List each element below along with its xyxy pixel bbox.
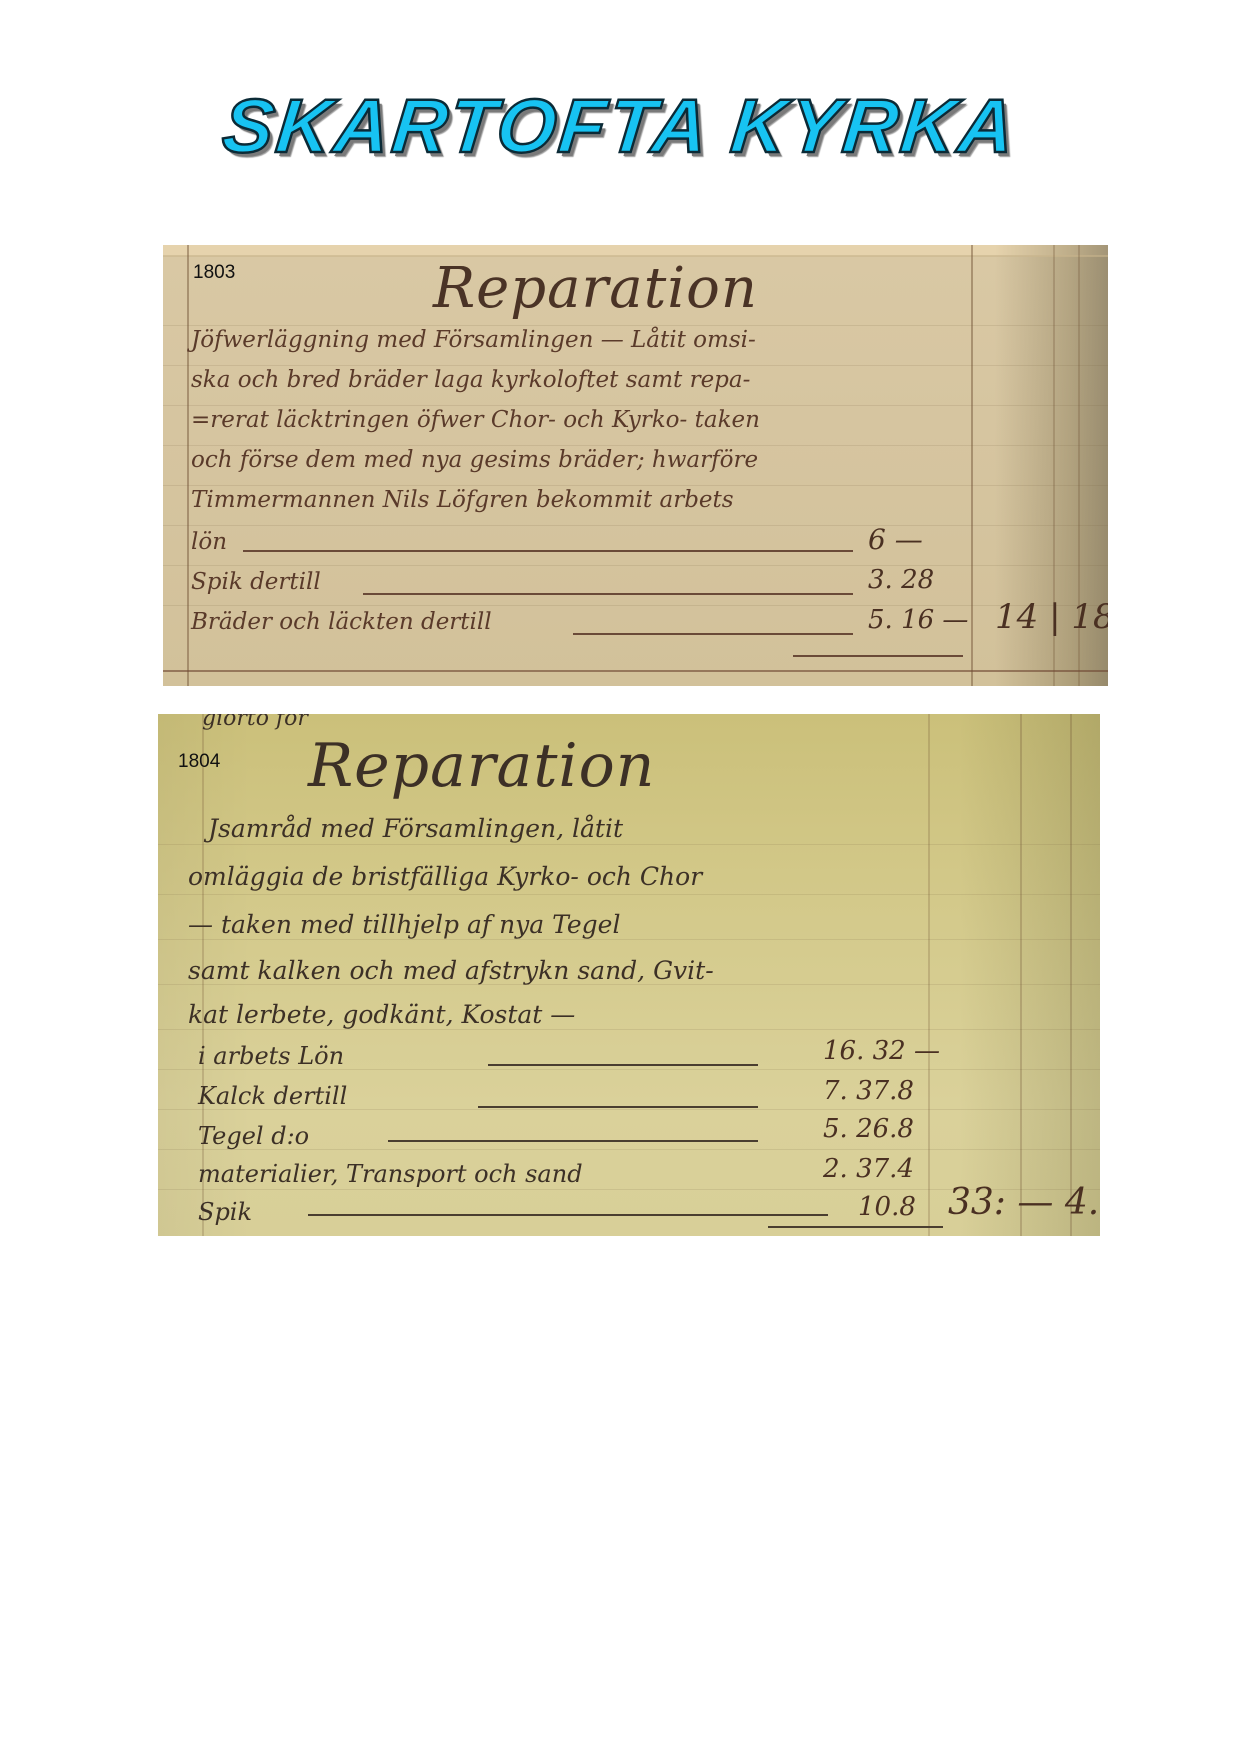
entry-line: omläggia de bristfälliga Kyrko- och Chor [188,862,702,891]
ruling-line [158,844,1100,845]
leader-line [488,1064,758,1066]
leader-line [363,593,853,595]
section-heading: Reparation [433,259,758,319]
item-amount: 3. 28 [868,565,934,595]
column-line [971,245,973,686]
entry-line: och förse dem med nya gesims bräder; hwa… [191,447,758,473]
item-amount: 6 — [868,523,923,556]
leader-line [243,550,853,552]
item-amount: 5. 16 — [868,605,968,635]
ruling-line [163,565,1108,566]
entry-line: ska och bred bräder laga kyrkoloftet sam… [191,367,750,393]
sum-rule [793,655,963,657]
ledger-scan-1803: 1803 Reparation Jöfwerläggning med Försa… [163,245,1108,686]
item-amount: 10.8 [858,1192,916,1222]
leader-line [308,1214,828,1216]
item-label: Spik dertill [191,569,321,595]
entry-line: — taken med tillhjelp af nya Tegel [188,910,620,939]
entry-line: Jsamråd med Församlingen, låtit [208,814,623,843]
ruling-line [163,405,1108,406]
leader-line [478,1106,758,1108]
item-label: Bräder och läckten dertill [191,609,492,635]
item-amount: 5. 26.8 [823,1114,914,1144]
ruling-line [163,325,1108,326]
entry-line: Timmermannen Nils Löfgren bekommit arbet… [191,487,734,513]
section-total: 33: — 4. [948,1182,1099,1223]
ruling-line [158,894,1100,895]
margin-line [187,245,189,686]
item-amount: 16. 32 — [823,1036,940,1066]
ruling-line [158,1029,1100,1030]
year-label: 1803 [193,263,235,283]
entry-line: samt kalken och med afstrykn sand, Gvit- [188,956,714,985]
column-line [1020,714,1022,1236]
item-label: i arbets Lön [198,1042,344,1070]
ruling-line [163,485,1108,486]
page-title: SKARTOFTA KYRKA [0,82,1240,172]
column-line [1070,714,1072,1236]
entry-line: kat lerbete, godkänt, Kostat — [188,1000,575,1029]
item-label: Spik [198,1198,252,1226]
ruling-line [158,939,1100,940]
ledger-scan-1804: giorto för 1804 Reparation Jsamråd med F… [158,714,1100,1236]
section-heading: Reparation [308,734,655,798]
column-line [928,714,930,1236]
section-rule [163,670,1108,672]
section-total: 14 | 18.8 [995,597,1108,637]
item-label: Kalck dertill [198,1082,347,1110]
ruling-line [163,445,1108,446]
item-amount: 7. 37.8 [823,1076,914,1106]
leader-line [388,1140,758,1142]
sum-rule [768,1226,943,1228]
item-amount: 2. 37.4 [823,1154,914,1184]
item-label: Tegel d:o [198,1122,309,1150]
ruling-line [163,365,1108,366]
fragment-text: giorto för [202,714,308,731]
leader-line [573,633,853,635]
ruling-line [163,525,1108,526]
entry-line: =rerat läcktringen öfwer Chor- och Kyrko… [191,407,760,433]
year-label: 1804 [178,752,220,772]
item-label: lön [191,529,227,555]
item-label: materialier, Transport och sand [198,1160,583,1188]
entry-line: Jöfwerläggning med Församlingen — Låtit … [191,327,756,353]
